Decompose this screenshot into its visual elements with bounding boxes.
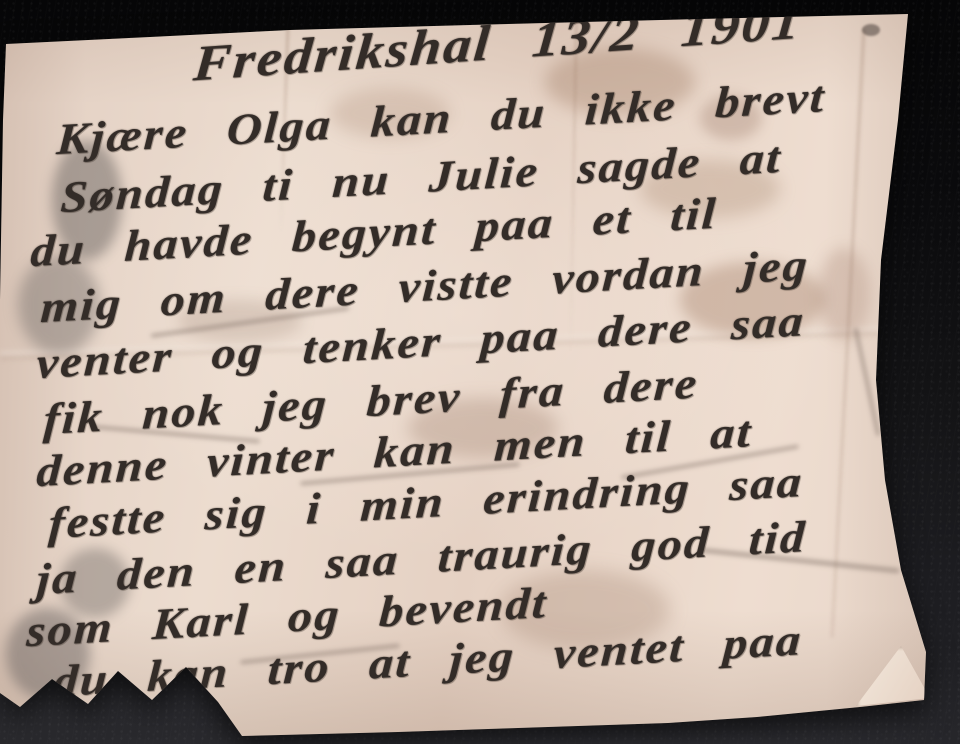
paper-shadow-wrapper: Fredrikshal 13/2 1901 Kjære Olga kan du … [0, 0, 960, 744]
age-stain [818, 248, 870, 340]
letter-photograph: Fredrikshal 13/2 1901 Kjære Olga kan du … [0, 0, 960, 744]
ink-speck [862, 24, 880, 36]
letter-paper: Fredrikshal 13/2 1901 Kjære Olga kan du … [0, 0, 960, 744]
letter-line-torn-partial: ven [30, 694, 102, 738]
